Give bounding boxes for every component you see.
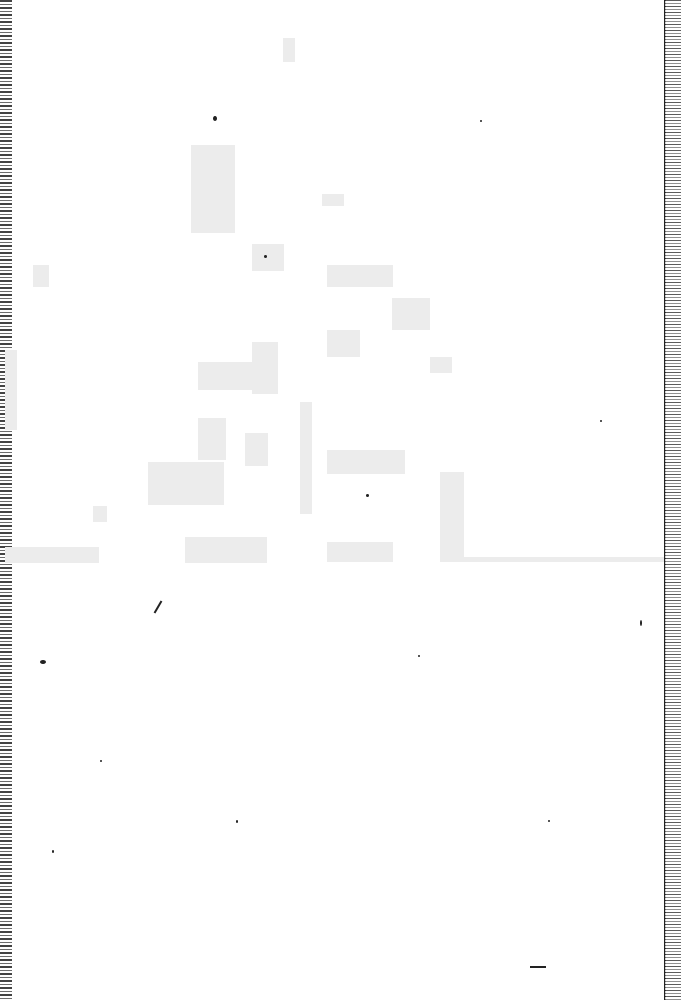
faint-block <box>198 362 252 390</box>
noise-speck <box>40 660 46 664</box>
noise-speck <box>640 620 642 626</box>
noise-speck <box>530 966 546 968</box>
noise-speck <box>52 850 54 853</box>
noise-speck <box>548 820 550 822</box>
faint-block <box>283 38 295 62</box>
faint-block <box>93 506 107 522</box>
faint-block <box>322 194 344 206</box>
faint-block <box>191 145 235 233</box>
faint-block <box>198 418 226 460</box>
faint-block <box>148 462 224 505</box>
faint-block <box>327 265 393 287</box>
faint-block <box>327 330 360 357</box>
faint-block <box>33 265 49 287</box>
faint-block <box>5 350 17 430</box>
faint-block <box>440 472 464 562</box>
noise-speck <box>600 420 602 422</box>
faint-line <box>464 557 664 562</box>
faint-block <box>252 244 284 271</box>
faint-block <box>185 537 267 563</box>
faint-block <box>245 433 268 466</box>
faint-block <box>327 542 393 562</box>
noise-speck <box>418 655 420 657</box>
noise-speck <box>213 116 217 121</box>
faint-block <box>430 357 452 373</box>
noise-speck <box>480 120 482 122</box>
faint-block <box>252 342 278 394</box>
scanned-page <box>0 0 681 1000</box>
right-scan-edge <box>665 0 681 1000</box>
faint-block <box>327 450 405 474</box>
noise-speck <box>264 255 267 258</box>
left-scan-edge <box>0 0 12 1000</box>
faint-block <box>5 547 99 563</box>
faint-block <box>392 298 430 330</box>
noise-speck <box>100 760 102 762</box>
noise-speck <box>366 494 369 497</box>
noise-speck <box>154 600 163 613</box>
noise-speck <box>236 820 238 823</box>
faint-block <box>300 402 312 514</box>
